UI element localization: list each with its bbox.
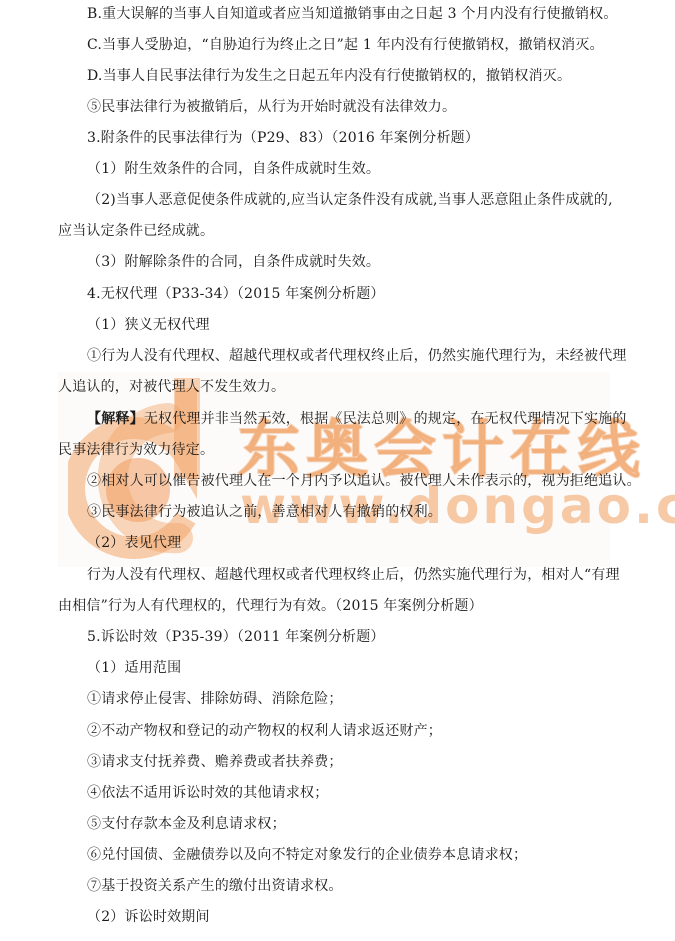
text-line-explanation: 【解释】无权代理并非当然无效，根据《民法总则》的规定，在无权代理情况下实施的: [87, 409, 649, 429]
document-page: 东奥会计在线 www.dongao.com B.重大误解的当事人自知道或者应当知…: [0, 0, 675, 941]
list-item-scope-1: ①请求停止侵害、排除妨碍、消除危险；: [87, 689, 649, 709]
subheading-limitation-period: （2）诉讼时效期间: [87, 907, 649, 927]
list-item-scope-2: ②不动产物权和登记的动产物权的权利人请求返还财产；: [87, 721, 649, 741]
explanation-text: 无权代理并非当然无效，根据《民法总则》的规定，在无权代理情况下实施的: [144, 411, 627, 427]
text-line-revocation-c: C.当事人受胁迫，“自胁迫行为终止之日”起 1 年内没有行使撤销权，撤销权消灭。: [87, 35, 649, 55]
text-line-explanation-cont: 民事法律行为效力待定。: [58, 440, 620, 460]
section-heading-unauthorized-agency: 4.无权代理（P33-34）（2015 年案例分析题）: [87, 284, 649, 304]
subheading-narrow-unauthorized-agency: （1）狭义无权代理: [87, 315, 649, 335]
section-heading-limitation: 5.诉讼时效（P35-39）（2011 年案例分析题）: [87, 627, 649, 647]
list-item-scope-4: ④依法不适用诉讼时效的其他请求权；: [87, 783, 649, 803]
text-line-agency-2: ②相对人可以催告被代理人在一个月内予以追认。被代理人未作表示的，视为拒绝追认。: [87, 471, 649, 491]
text-line-revocation-b: B.重大误解的当事人自知道或者应当知道撤销事由之日起 3 个月内没有行使撤销权。: [87, 4, 649, 24]
text-line-apparent-agency-cont: 由相信”行为人有代理权的，代理行为有效。（2015 年案例分析题）: [58, 596, 620, 616]
text-line-apparent-agency: 行为人没有代理权、超越代理权或者代理权终止后，仍然实施代理行为，相对人“有理: [87, 565, 649, 585]
subheading-apparent-agency: （2）表见代理: [87, 533, 649, 553]
list-item-scope-5: ⑤支付存款本金及利息请求权；: [87, 814, 649, 834]
subheading-scope: （1）适用范围: [87, 658, 649, 678]
list-item-scope-6: ⑥兑付国债、金融债券以及向不特定对象发行的企业债券本息请求权；: [87, 845, 649, 865]
text-line-agency-1: ①行为人没有代理权、超越代理权或者代理权终止后，仍然实施代理行为，未经被代理: [87, 346, 649, 366]
list-item-scope-7: ⑦基于投资关系产生的缴付出资请求权。: [87, 876, 649, 896]
list-item-scope-3: ③请求支付抚养费、赡养费或者扶养费；: [87, 752, 649, 772]
text-line-condition-2-cont: 应当认定条件已经成就。: [58, 221, 620, 241]
text-line-revocation-effect: ⑤民事法律行为被撤销后，从行为开始时就没有法律效力。: [87, 97, 649, 117]
explanation-tag: 【解释】: [87, 411, 144, 427]
text-line-condition-3: （3）附解除条件的合同，自条件成就时失效。: [87, 252, 649, 272]
section-heading-conditional-acts: 3.附条件的民事法律行为（P29、83）（2016 年案例分析题）: [87, 128, 649, 148]
text-line-agency-1-cont: 人追认的，对被代理人不发生效力。: [58, 377, 620, 397]
text-line-condition-2: （2)当事人恶意促使条件成就的,应当认定条件没有成就,当事人恶意阻止条件成就的,: [87, 190, 649, 210]
text-line-agency-3: ③民事法律行为被追认之前，善意相对人有撤销的权利。: [87, 502, 649, 522]
text-line-condition-1: （1）附生效条件的合同，自条件成就时生效。: [87, 159, 649, 179]
text-line-revocation-d: D.当事人自民事法律行为发生之日起五年内没有行使撤销权的，撤销权消灭。: [87, 66, 649, 86]
